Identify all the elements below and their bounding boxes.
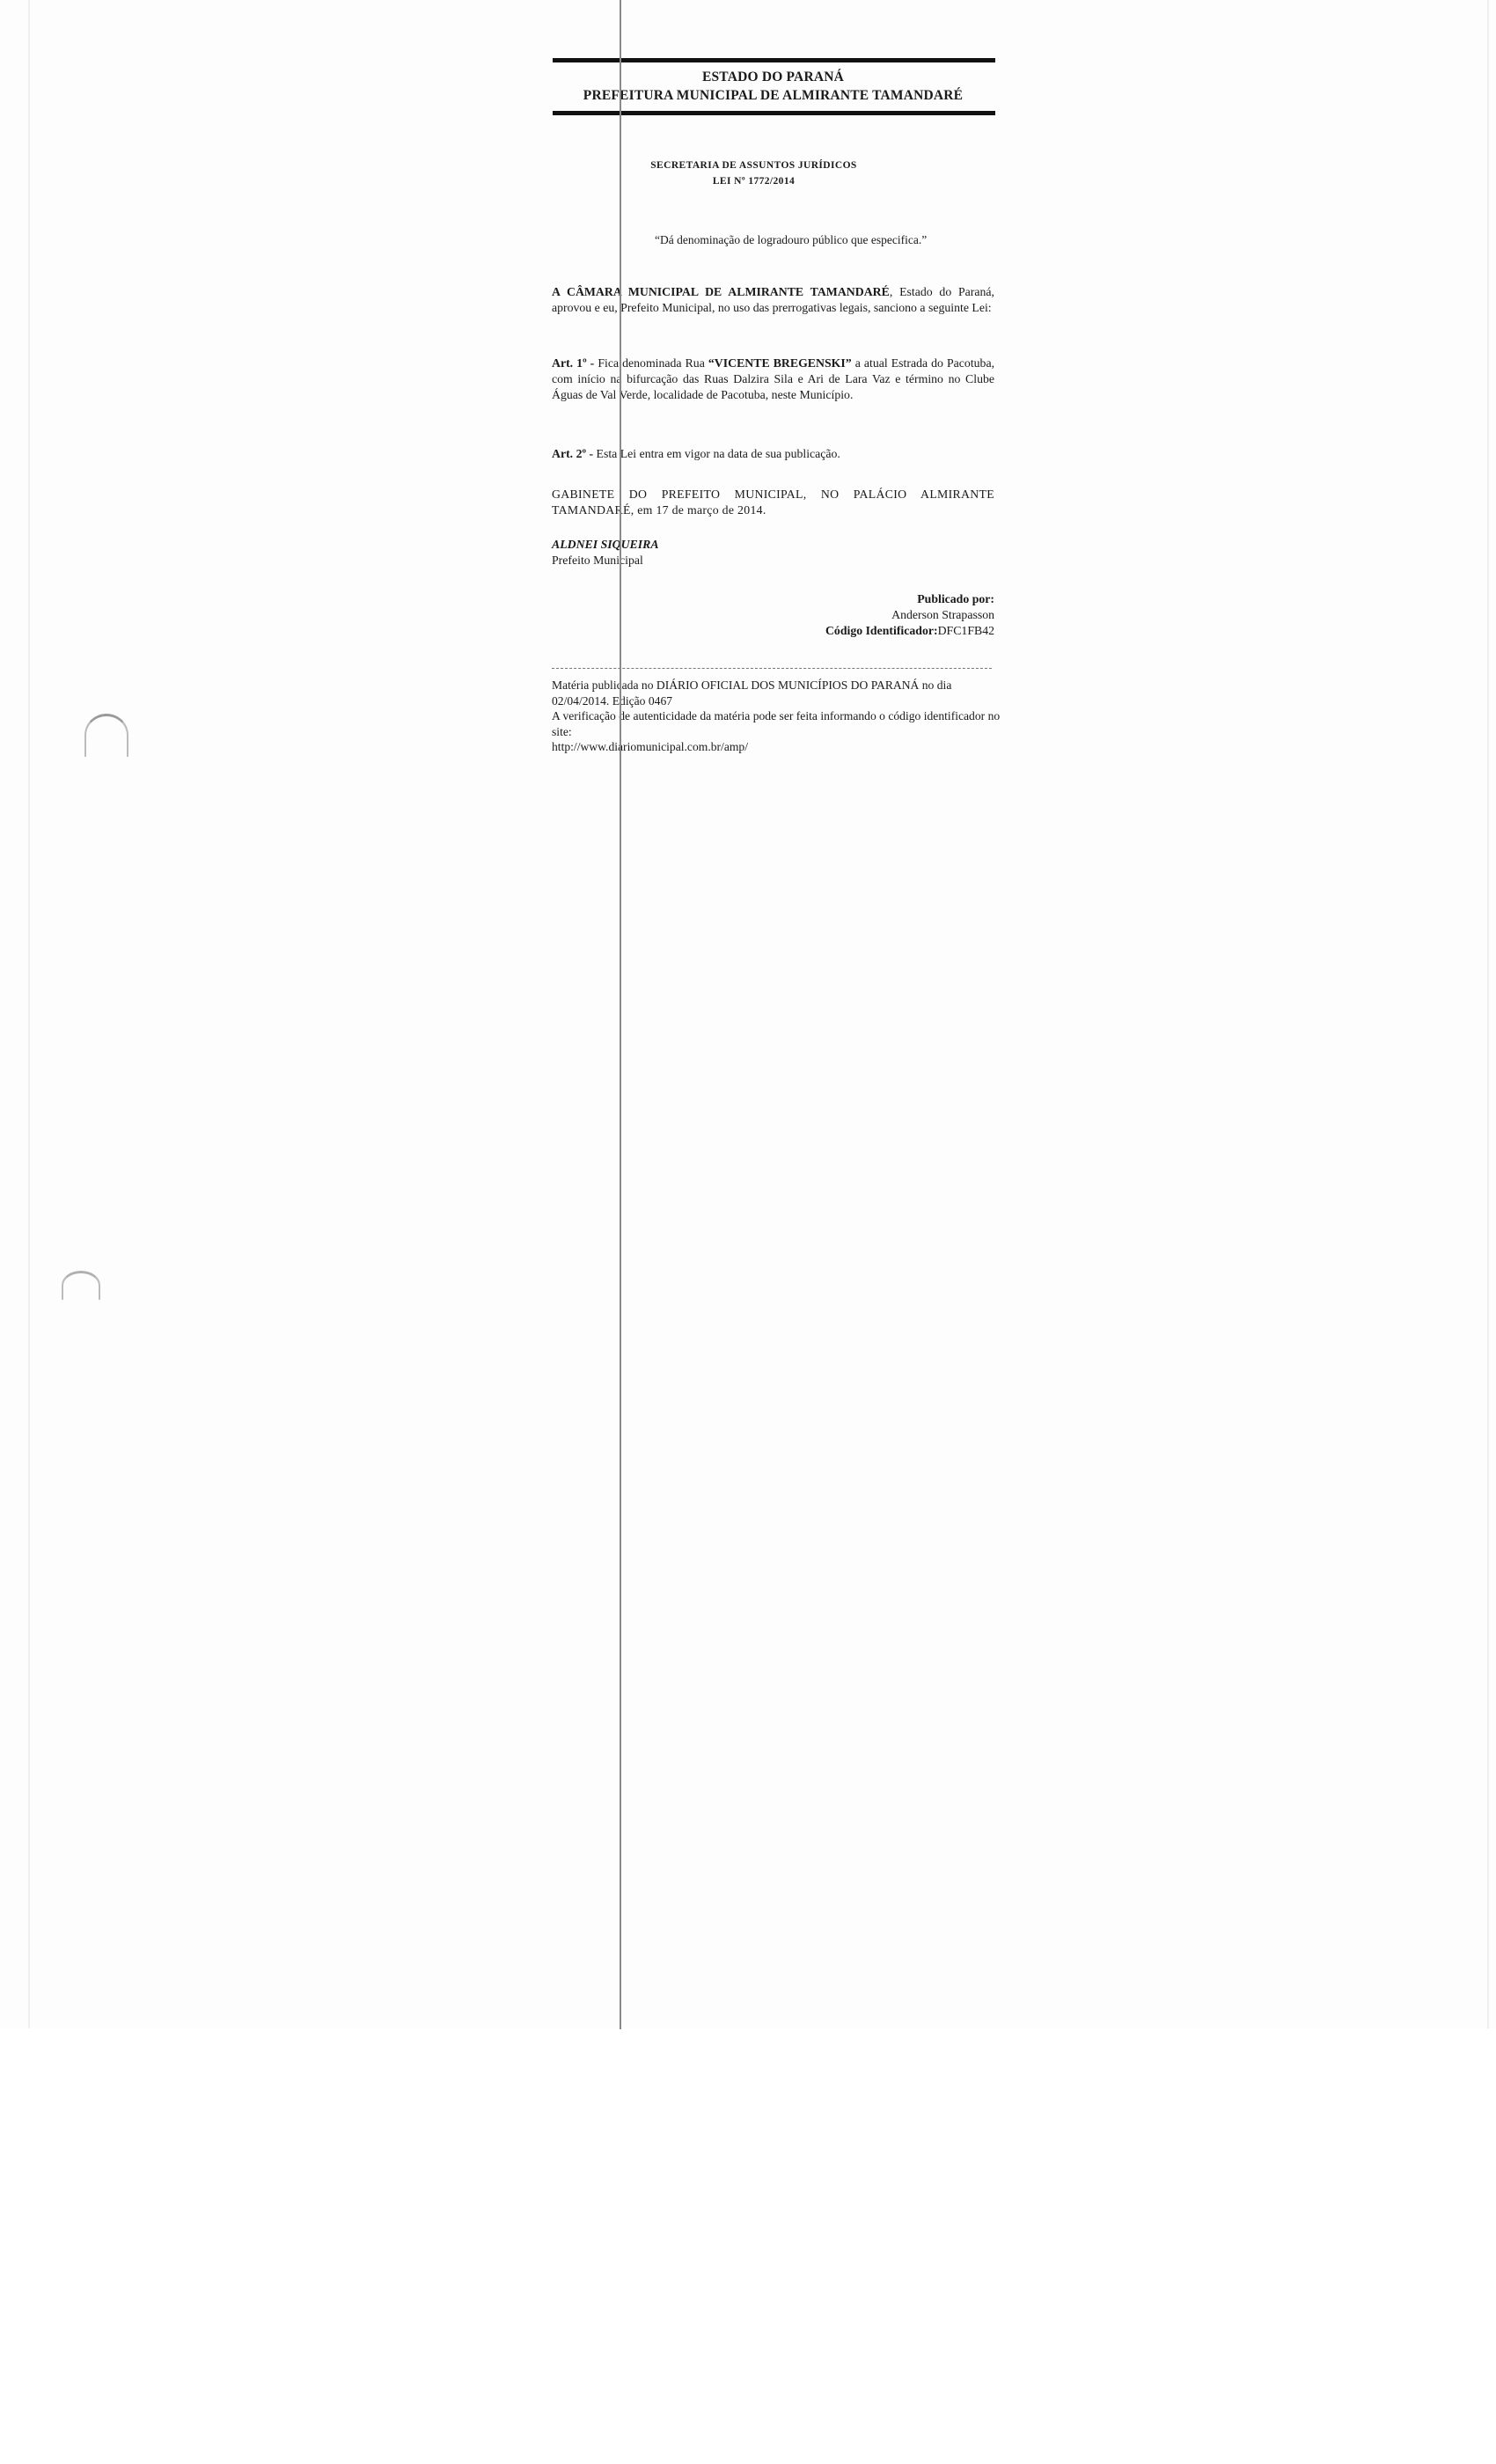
article-1-text: Fica denominada Rua [594, 356, 708, 370]
law-number: LEI Nº 1772/2014 [532, 176, 975, 187]
publication-block: Publicado por: Anderson Strapasson Códig… [825, 591, 994, 639]
street-name: “VICENTE BREGENSKI” [708, 356, 852, 370]
article-2-label: Art. 2º - [552, 447, 593, 460]
identifier-code-label: Código Identificador: [825, 624, 938, 637]
secretariat-heading: SECRETARIA DE ASSUNTOS JURÍDICOS [532, 160, 975, 171]
page-edge-right [1487, 0, 1489, 2028]
signature-block: ALDNEI SIQUEIRA Prefeito Municipal [552, 537, 659, 568]
law-summary: “Dá denominação de logradouro público qu… [655, 232, 994, 247]
identifier-code: DFC1FB42 [938, 624, 994, 637]
preamble-paragraph: A CÂMARA MUNICIPAL DE ALMIRANTE TAMANDAR… [552, 284, 994, 316]
fold-line [620, 0, 621, 2029]
signatory-title: Prefeito Municipal [552, 553, 659, 568]
article-2: Art. 2º - Esta Lei entra em vigor na dat… [552, 446, 994, 462]
prefecture-heading: PREFEITURA MUNICIPAL DE ALMIRANTE TAMAND… [552, 88, 994, 104]
signatory-name: ALDNEI SIQUEIRA [552, 537, 659, 553]
preamble-lead: A CÂMARA MUNICIPAL DE ALMIRANTE TAMANDAR… [552, 285, 890, 298]
closing-paragraph: GABINETE DO PREFEITO MUNICIPAL, NO PALÁC… [552, 487, 994, 518]
identifier-code-line: Código Identificador:DFC1FB42 [825, 623, 994, 639]
footer-separator [552, 668, 992, 669]
article-1: Art. 1º - Fica denominada Rua “VICENTE B… [552, 356, 994, 403]
punch-hole-mark [84, 714, 128, 757]
page-edge-left [28, 0, 30, 2028]
punch-hole-mark [62, 1271, 100, 1300]
article-2-text: Esta Lei entra em vigor na data de sua p… [593, 447, 840, 460]
published-by-label: Publicado por: [825, 591, 994, 607]
publisher-name: Anderson Strapasson [825, 607, 994, 623]
state-heading: ESTADO DO PARANÁ [552, 70, 994, 85]
article-1-label: Art. 1º - [552, 356, 594, 370]
